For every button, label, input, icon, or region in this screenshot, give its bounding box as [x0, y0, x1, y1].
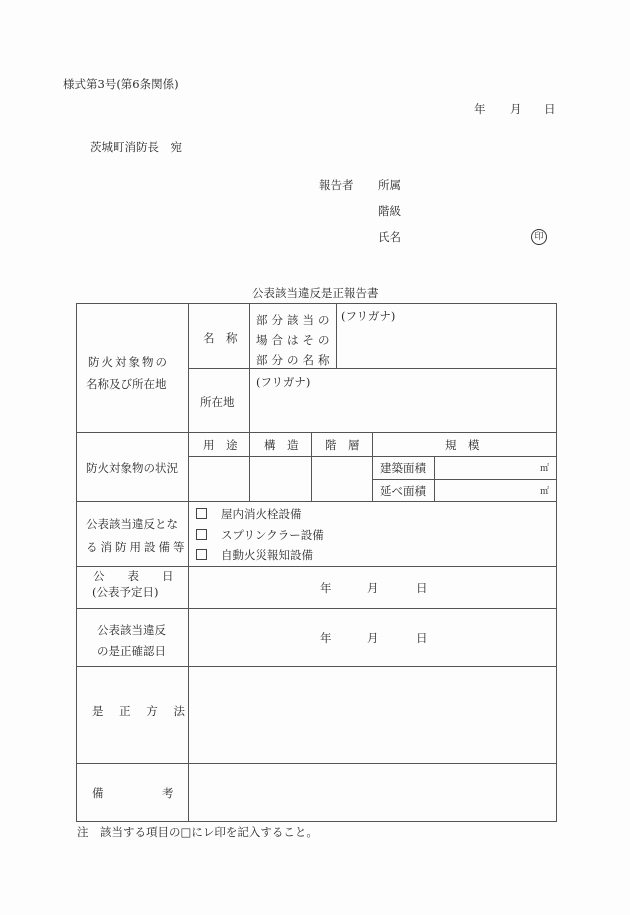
building-area-unit: ㎡ [540, 461, 549, 474]
col-structure: 構 造 [264, 437, 299, 453]
remarks-label-left: 備 [92, 785, 104, 801]
total-floor-area-unit: ㎡ [540, 484, 549, 497]
header-date-year: 年 [474, 101, 486, 117]
partial-name-input[interactable] [338, 325, 554, 366]
publication-date-label-1: 公 表 日 [93, 568, 174, 584]
checkbox-icon[interactable] [196, 529, 207, 540]
correction-method-label: 是 正 方 法 [92, 703, 191, 719]
equipment-label-1: 公表該当違反とな [86, 516, 178, 532]
furigana-name: (フリガナ) [341, 308, 395, 324]
object-name-location-label-1: 防火対象物の [88, 354, 169, 370]
object-status-label: 防火対象物の状況 [86, 460, 178, 476]
use-input[interactable] [190, 458, 248, 500]
header-date-day: 日 [544, 101, 556, 117]
structure-input[interactable] [251, 458, 310, 500]
object-name-location-label-2: 名称及び所在地 [86, 376, 167, 392]
checkbox-icon[interactable] [196, 508, 207, 519]
correction-date-year: 年 [320, 630, 332, 646]
location-label: 所在地 [200, 394, 235, 410]
col-scale: 規 模 [445, 437, 480, 453]
document-title: 公表該当違反是正報告書 [252, 285, 379, 301]
correction-date-day: 日 [416, 630, 428, 646]
addressee: 茨城町消防長 宛 [90, 139, 182, 155]
building-area-input[interactable] [436, 458, 536, 478]
checkbox-icon[interactable] [196, 549, 207, 560]
publication-date-month: 月 [367, 580, 379, 596]
publication-date-day: 日 [416, 580, 428, 596]
remarks-label-right: 考 [162, 785, 174, 801]
header-date-month: 月 [510, 101, 522, 117]
remarks-input[interactable] [190, 765, 554, 819]
building-area-label: 建築面積 [380, 460, 426, 476]
affiliation-label: 所属 [378, 177, 401, 193]
equipment-option-sprinkler[interactable]: スプリンクラー設備 [196, 527, 324, 543]
correction-date-month: 月 [367, 630, 379, 646]
rank-label: 階級 [378, 203, 401, 219]
furigana-location: (フリガナ) [256, 374, 310, 390]
col-floors: 階 層 [325, 437, 360, 453]
name-label: 氏名 [378, 229, 401, 245]
correction-date-label-2: の是正確認日 [97, 643, 166, 659]
publication-date-label-2: (公表予定日) [92, 584, 158, 600]
location-input[interactable] [251, 390, 554, 430]
partial-name-label: 部分該当の 場合はその 部分の名称 [256, 310, 334, 370]
correction-method-input[interactable] [190, 668, 554, 761]
form-number: 様式第3号(第6条関係) [63, 76, 179, 92]
name-label-cell: 名 称 [203, 330, 238, 346]
col-use: 用 途 [203, 437, 238, 453]
equipment-option-indoor-hydrant[interactable]: 屋内消火栓設備 [196, 506, 302, 522]
reporter-label: 報告者 [319, 177, 354, 193]
footnote: 注 該当する項目の□にレ印を記入すること。 [77, 824, 318, 840]
equipment-option-fire-alarm[interactable]: 自動火災報知設備 [196, 547, 313, 563]
publication-date-year: 年 [320, 580, 332, 596]
equipment-label-2: る消防用設備等 [86, 539, 188, 555]
total-floor-area-input[interactable] [436, 481, 536, 500]
correction-date-label-1: 公表該当違反 [97, 622, 166, 638]
floors-input[interactable] [313, 458, 371, 500]
seal-icon: 印 [531, 228, 547, 245]
total-floor-area-label: 延べ面積 [380, 483, 426, 499]
